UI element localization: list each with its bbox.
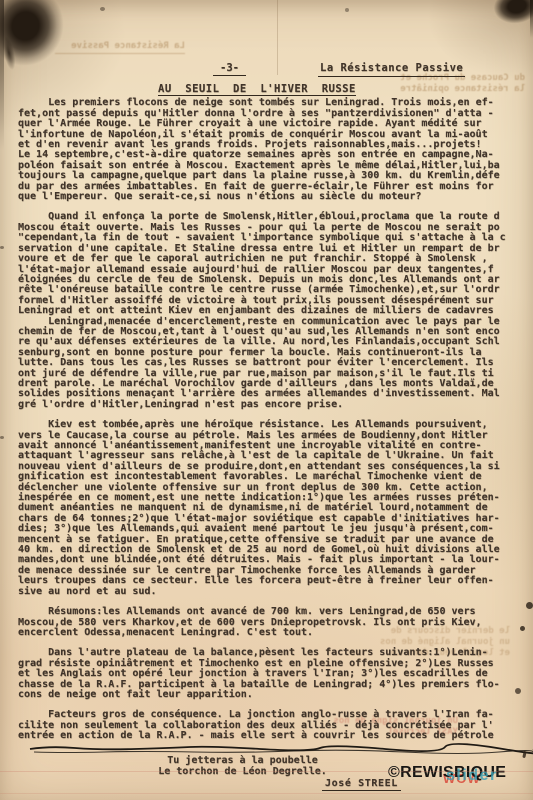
headline-row: AU SEUIL DE L'HIVER RUSSE: [158, 84, 523, 96]
ink-speck: [520, 626, 525, 631]
watermark: WOW ©REWISBIQUE slider: [388, 764, 528, 790]
paragraph-4: Kiev est tombée,après une héroïque résis…: [18, 420, 523, 597]
paper-fold-line: [277, 0, 278, 75]
paragraph-3: Leningrad,menacée d'encerclement,reste e…: [18, 317, 523, 411]
watermark-slider-text: slider: [446, 767, 498, 785]
ink-speck: [345, 8, 349, 12]
ink-speck: [515, 688, 521, 694]
corner-stain-top-right: [484, 0, 533, 33]
page-header: -3- La Résistance Passive: [0, 62, 533, 82]
ink-speck: [100, 7, 105, 11]
hand-drawn-divider: [0, 742, 533, 756]
ink-speck: [0, 246, 4, 249]
paragraph-1: Les premiers flocons de neige sont tombé…: [18, 98, 523, 202]
ink-speck: [0, 436, 4, 439]
paragraph-5: Résumons:les Allemands ont avancé de 700…: [18, 607, 523, 638]
page-number: -3-: [213, 62, 246, 76]
paragraph-6: Dans l'autre plateau de la balance,pèsen…: [18, 648, 523, 700]
document-page: La Résistance Passive du Caucase du Proc…: [0, 0, 533, 800]
paragraph-2: Quand il enfonça la porte de Smolensk,Hi…: [18, 212, 523, 316]
article-body: AU SEUIL DE L'HIVER RUSSE Les premiers f…: [18, 84, 523, 742]
masthead-title: La Résistance Passive: [318, 62, 465, 77]
ink-speck: [526, 602, 533, 609]
bleedthrough-masthead: La Résistance Passive: [55, 41, 185, 54]
article-headline: AU SEUIL DE L'HIVER RUSSE: [158, 84, 356, 96]
paper-crease-line: [0, 793, 533, 794]
paper-crease-line: [0, 771, 533, 772]
paragraph-7: Facteurs gros de conséquence. La jonctio…: [18, 710, 523, 741]
scan-edge-left: [0, 0, 4, 150]
